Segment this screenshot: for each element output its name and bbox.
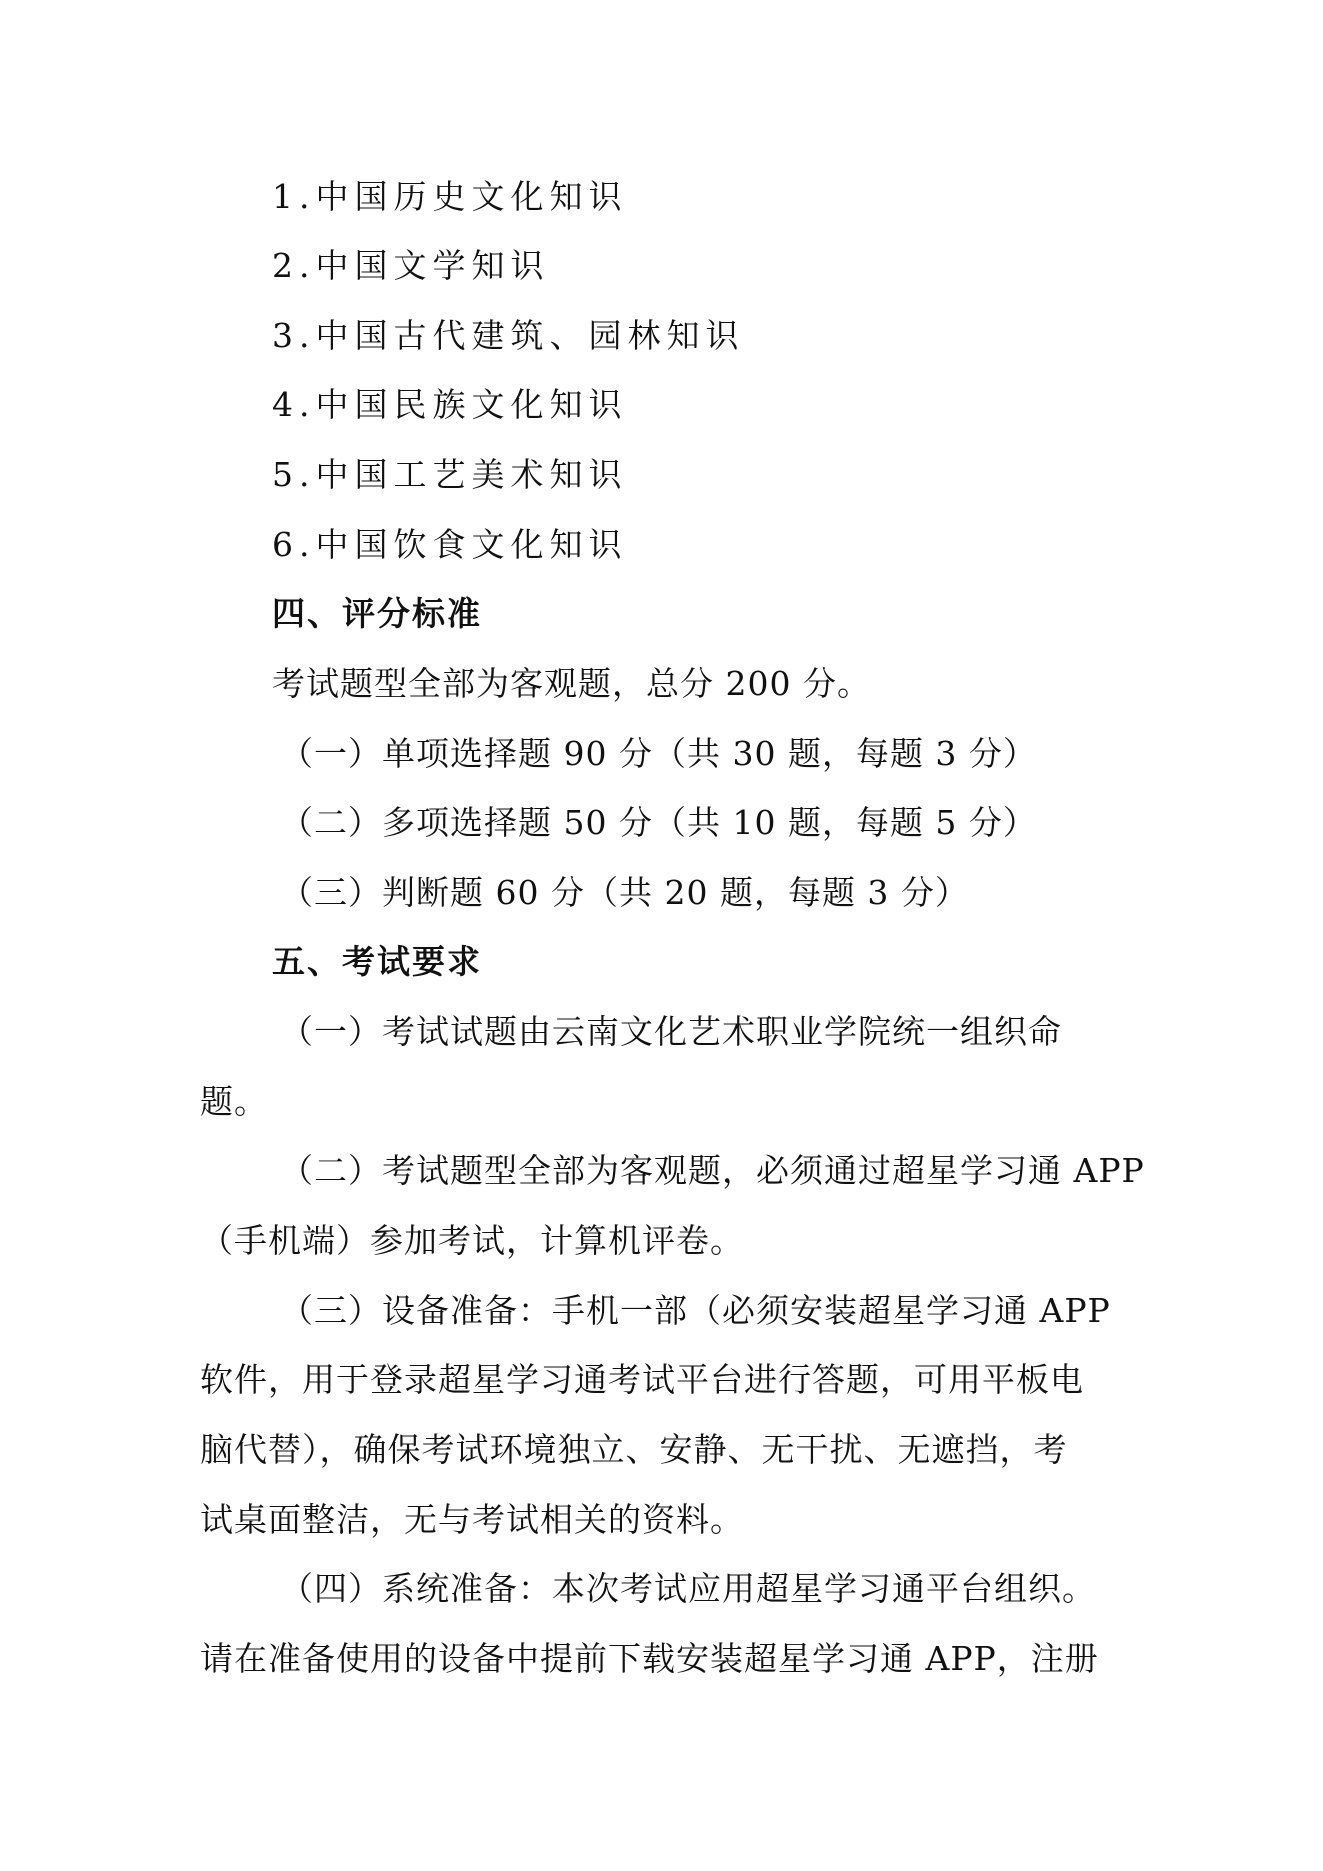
requirement-3-line-1: （三）设备准备：手机一部（必须安装超星学习通 APP (280, 1291, 1111, 1331)
knowledge-item-2: 2.中国文学知识 (272, 246, 550, 286)
requirement-1-line-2: 题。 (200, 1082, 268, 1122)
scoring-item-true-false: （三）判断题 60 分（共 20 题，每题 3 分） (280, 873, 969, 913)
section-heading-scoring: 四、评分标准 (272, 594, 482, 634)
knowledge-item-6: 6.中国饮食文化知识 (272, 525, 628, 565)
requirement-2-line-1: （二）考试题型全部为客观题，必须通过超星学习通 APP (280, 1151, 1145, 1191)
requirement-3-line-2: 软件，用于登录超星学习通考试平台进行答题，可用平板电 (200, 1360, 1084, 1400)
requirement-4-line-2: 请在准备使用的设备中提前下载安装超星学习通 APP，注册 (200, 1639, 1099, 1679)
requirement-4-line-1: （四）系统准备：本次考试应用超星学习通平台组织。 (280, 1569, 1096, 1609)
knowledge-item-5: 5.中国工艺美术知识 (272, 455, 628, 495)
scoring-intro: 考试题型全部为客观题，总分 200 分。 (272, 664, 871, 704)
requirement-1-line-1: （一）考试试题由云南文化艺术职业学院统一组织命 (280, 1012, 1062, 1052)
requirement-2-line-2: （手机端）参加考试，计算机评卷。 (200, 1221, 744, 1261)
section-heading-requirements: 五、考试要求 (272, 942, 482, 982)
scoring-item-single-choice: （一）单项选择题 90 分（共 30 题，每题 3 分） (280, 734, 1037, 774)
knowledge-item-4: 4.中国民族文化知识 (272, 385, 628, 425)
requirement-3-line-3: 脑代替），确保考试环境独立、安静、无干扰、无遮挡，考 (200, 1430, 1068, 1470)
knowledge-item-3: 3.中国古代建筑、园林知识 (272, 316, 745, 356)
knowledge-item-1: 1.中国历史文化知识 (272, 177, 628, 217)
requirement-3-line-4: 试桌面整洁，无与考试相关的资料。 (200, 1500, 744, 1540)
scoring-item-multiple-choice: （二）多项选择题 50 分（共 10 题，每题 5 分） (280, 803, 1037, 843)
